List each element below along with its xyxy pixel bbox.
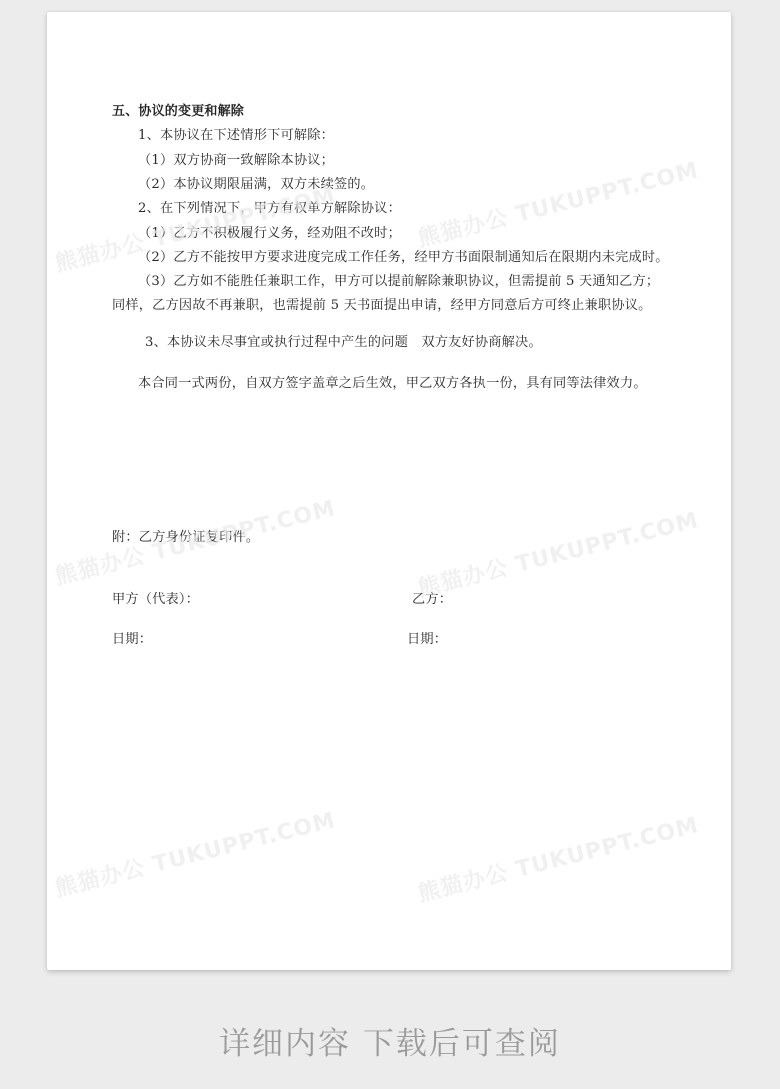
watermark: 熊猫办公 TUKUPPT.COM	[52, 803, 339, 903]
download-to-view-notice: 详细内容 下载后可查阅	[0, 1018, 780, 1063]
clause-2-item-2: （2）乙方不能按甲方要求进度完成工作任务，经甲方书面限制通知后在限期内未完成时。	[138, 250, 669, 266]
clause-3: 3、本协议未尽事宜或执行过程中产生的问题 双方友好协商解决。	[145, 335, 542, 351]
party-a-signature-label: 甲方（代表）：	[112, 592, 199, 608]
watermark: 熊猫办公 TUKUPPT.COM	[415, 503, 702, 603]
section-heading: 五、协议的变更和解除	[112, 104, 244, 120]
clause-1-item-2: （2）本协议期限届满，双方未续签的。	[138, 177, 374, 193]
clause-2: 2、在下列情况下，甲方有权单方解除协议：	[138, 201, 401, 217]
watermark: 熊猫办公 TUKUPPT.COM	[415, 808, 702, 908]
attachment-note: 附：乙方身份证复印件。	[112, 530, 259, 546]
clause-2-item-3-continued: 同样，乙方因故不再兼职，也需提前 5 天书面提出申请，经甲方同意后方可终止兼职协…	[112, 298, 651, 314]
watermark: 熊猫办公 TUKUPPT.COM	[415, 153, 702, 253]
document-page: 五、协议的变更和解除 1、本协议在下述情形下可解除： （1）双方协商一致解除本协…	[47, 12, 731, 970]
clause-1: 1、本协议在下述情形下可解除：	[138, 128, 334, 144]
clause-2-item-1: （1）乙方不积极履行义务，经劝阻不改时；	[138, 226, 401, 242]
party-a-date-label: 日期：	[112, 632, 152, 648]
clause-1-item-1: （1）双方协商一致解除本协议；	[138, 153, 334, 169]
party-b-signature-label: 乙方：	[412, 592, 452, 608]
party-b-date-label: 日期：	[407, 632, 447, 648]
clause-2-item-3: （3）乙方如不能胜任兼职工作，甲方可以提前解除兼职协议，但需提前 5 天通知乙方…	[138, 274, 659, 290]
effectiveness-statement: 本合同一式两份，自双方签字盖章之后生效，甲乙双方各执一份，具有同等法律效力。	[138, 376, 647, 392]
